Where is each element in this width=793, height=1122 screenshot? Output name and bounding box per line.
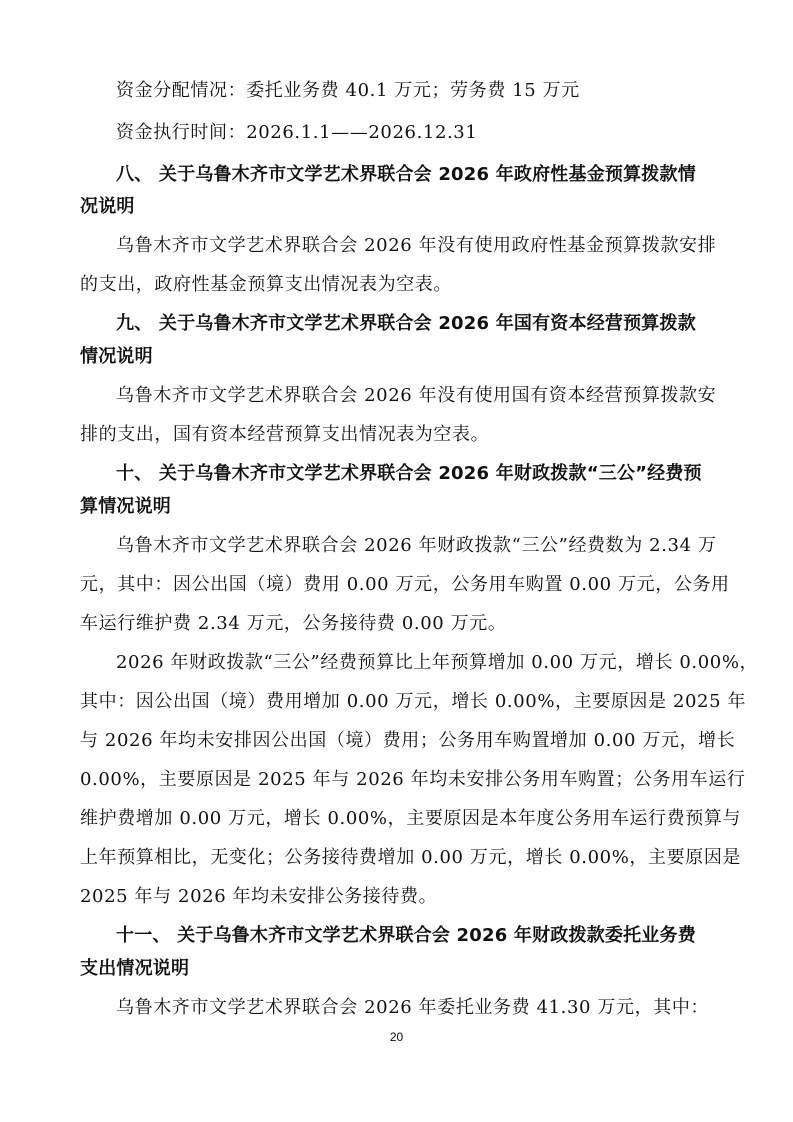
section-heading-line: 况说明 [80,195,135,219]
section-heading-line: 十一、 关于乌鲁木齐市文学艺术界联合会 2026 年财政拨款委托业务费 [116,924,696,948]
paragraph-line: 资金分配情况：委托业务费 40.1 万元；劳务费 15 万元 [116,79,580,103]
paragraph-line: 资金执行时间：2026.1.1——2026.12.31 [116,121,477,145]
paragraph-line: 乌鲁木齐市文学艺术界联合会 2026 年没有使用国有资本经营预算拨款安 [116,384,716,408]
paragraph-line: 的支出，政府性基金预算支出情况表为空表。 [80,273,452,297]
paragraph-line: 上年预算相比，无变化；公务接待费增加 0.00 万元，增长 0.00%，主要原因… [80,846,741,870]
paragraph-line: 与 2026 年均未安排因公出国（境）费用；公务用车购置增加 0.00 万元，增… [80,729,735,753]
section-heading-line: 情况说明 [80,345,153,369]
paragraph-line: 2025 年与 2026 年均未安排公务接待费。 [80,885,437,909]
document-page: 资金分配情况：委托业务费 40.1 万元；劳务费 15 万元资金执行时间：202… [0,0,793,1122]
section-heading-line: 支出情况说明 [80,957,189,981]
section-heading-line: 算情况说明 [80,495,171,519]
section-heading-line: 十、 关于乌鲁木齐市文学艺术界联合会 2026 年财政拨款“三公”经费预 [116,462,702,486]
paragraph-line: 其中：因公出国（境）费用增加 0.00 万元，增长 0.00%，主要原因是 20… [80,690,746,714]
paragraph-line: 元，其中：因公出国（境）费用 0.00 万元，公务用车购置 0.00 万元，公务… [80,573,730,597]
paragraph-line: 2026 年财政拨款“三公”经费预算比上年预算增加 0.00 万元，增长 0.0… [116,651,758,675]
paragraph-line: 乌鲁木齐市文学艺术界联合会 2026 年委托业务费 41.30 万元，其中： [116,996,709,1020]
paragraph-line: 排的支出，国有资本经营预算支出情况表为空表。 [80,423,489,447]
paragraph-line: 维护费增加 0.00 万元，增长 0.00%，主要原因是本年度公务用车运行费预算… [80,807,741,831]
section-heading-line: 九、 关于乌鲁木齐市文学艺术界联合会 2026 年国有资本经营预算拨款 [116,312,696,336]
section-heading-line: 八、 关于乌鲁木齐市文学艺术界联合会 2026 年政府性基金预算拨款情 [116,163,696,187]
paragraph-line: 0.00%，主要原因是 2025 年与 2026 年均未安排公务用车购置；公务用… [80,768,745,792]
paragraph-line: 乌鲁木齐市文学艺术界联合会 2026 年财政拨款“三公”经费数为 2.34 万 [116,534,717,558]
paragraph-line: 车运行维护费 2.34 万元，公务接待费 0.00 万元。 [80,612,506,636]
paragraph-line: 乌鲁木齐市文学艺术界联合会 2026 年没有使用政府性基金预算拨款安排 [116,234,716,258]
page-number: 20 [0,1030,793,1044]
